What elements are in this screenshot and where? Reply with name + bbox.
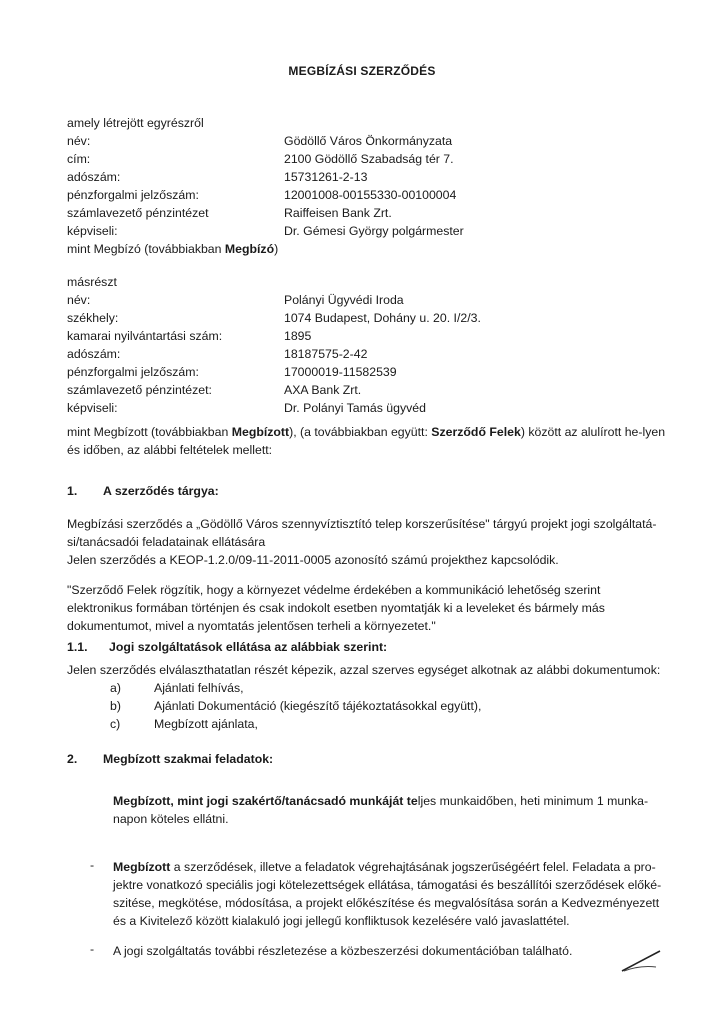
list-item: a)Ajánlati felhívás, <box>110 681 244 695</box>
role-bold: Megbízó <box>225 242 274 256</box>
section-title: Megbízott szakmai feladatok: <box>103 752 273 766</box>
party1-value: Raiffeisen Bank Zrt. <box>284 206 392 220</box>
section-number: 1.1. <box>67 640 109 654</box>
closing-bold: Megbízott <box>232 425 289 439</box>
party2-label: kamarai nyilvántartási szám: <box>67 329 222 343</box>
bullet-marker: - <box>90 942 94 956</box>
party2-label: képviseli: <box>67 401 118 415</box>
bullet-text: A jogi szolgáltatás további részletezése… <box>113 944 572 958</box>
bullet-text: a szerződések, illetve a feladatok végre… <box>113 860 661 928</box>
list-item: c)Megbízott ajánlata, <box>110 717 258 731</box>
section-1-1-heading: 1.1.Jogi szolgáltatások ellátása az aláb… <box>67 640 387 654</box>
party1-label: név: <box>67 134 90 148</box>
party2-intro: másrészt <box>67 275 117 289</box>
party1-intro: amely létrejött egyrészről <box>67 116 204 130</box>
bullet-item: A jogi szolgáltatás további részletezése… <box>113 942 673 960</box>
bullet-item: Megbízott a szerződések, illetve a felad… <box>113 858 673 930</box>
party2-value: Dr. Polányi Tamás ügyvéd <box>284 401 426 415</box>
list-marker: b) <box>110 699 154 713</box>
party1-label: pénzforgalmi jelzőszám: <box>67 188 199 202</box>
role-text: mint Megbízó (továbbiakban <box>67 242 225 256</box>
section-1-1-intro: Jelen szerződés elválaszthatatlan részét… <box>67 663 660 677</box>
party2-value: AXA Bank Zrt. <box>284 383 361 397</box>
parties-closing: mint Megbízott (továbbiakban Megbízott),… <box>67 423 667 459</box>
party1-label: számlavezető pénzintézet <box>67 206 209 220</box>
list-marker: a) <box>110 681 154 695</box>
section-1-heading: 1.A szerződés tárgya: <box>67 484 219 498</box>
party2-label: név: <box>67 293 90 307</box>
party2-value: 1074 Budapest, Dohány u. 20. I/2/3. <box>284 311 481 325</box>
section-1-paragraph: Megbízási szerződés a „Gödöllő Város sze… <box>67 515 667 551</box>
party2-label: pénzforgalmi jelzőszám: <box>67 365 199 379</box>
party1-value: 12001008-00155330-00100004 <box>284 188 456 202</box>
party2-value: 1895 <box>284 329 311 343</box>
section-1-project-ref: Jelen szerződés a KEOP-1.2.0/09-11-2011-… <box>67 551 667 569</box>
signature-initials-icon <box>620 945 670 975</box>
document-title: MEGBÍZÁSI SZERZŐDÉS <box>0 64 724 78</box>
section-number: 2. <box>67 752 103 766</box>
party2-value: Polányi Ügyvédi Iroda <box>284 293 404 307</box>
party2-label: adószám: <box>67 347 120 361</box>
party1-role: mint Megbízó (továbbiakban Megbízó) <box>67 242 278 256</box>
section-2-paragraph: Megbízott, mint jogi szakértő/tanácsadó … <box>113 792 673 828</box>
party1-label: cím: <box>67 152 90 166</box>
section-2-heading: 2.Megbízott szakmai feladatok: <box>67 752 273 766</box>
section-number: 1. <box>67 484 103 498</box>
list-text: Ajánlati felhívás, <box>154 681 244 695</box>
list-text: Megbízott ajánlata, <box>154 717 258 731</box>
role-text: ) <box>274 242 278 256</box>
party1-value: Dr. Gémesi György polgármester <box>284 224 464 238</box>
party2-label: székhely: <box>67 311 118 325</box>
party1-value: 2100 Gödöllő Szabadság tér 7. <box>284 152 454 166</box>
section-title: Jogi szolgáltatások ellátása az alábbiak… <box>109 640 387 654</box>
paragraph-bold: Megbízott, mint jogi szakértő/tanácsadó … <box>113 794 418 808</box>
section-1-quote: "Szerződő Felek rögzítik, hogy a környez… <box>67 581 667 635</box>
party1-value: Gödöllő Város Önkormányzata <box>284 134 452 148</box>
party1-value: 15731261-2-13 <box>284 170 367 184</box>
bullet-marker: - <box>90 858 94 872</box>
list-text: Ajánlati Dokumentáció (kiegészítő tájéko… <box>154 699 481 713</box>
party1-label: képviseli: <box>67 224 118 238</box>
closing-text: ), (a továbbiakban együtt: <box>289 425 431 439</box>
party2-value: 17000019-11582539 <box>284 365 397 379</box>
party1-label: adószám: <box>67 170 120 184</box>
party2-label: számlavezető pénzintézet: <box>67 383 212 397</box>
closing-bold: Szerződő Felek <box>431 425 521 439</box>
closing-text: mint Megbízott (továbbiakban <box>67 425 232 439</box>
bullet-bold: Megbízott <box>113 860 170 874</box>
section-title: A szerződés tárgya: <box>103 484 219 498</box>
list-marker: c) <box>110 717 154 731</box>
party2-value: 18187575-2-42 <box>284 347 367 361</box>
list-item: b)Ajánlati Dokumentáció (kiegészítő tájé… <box>110 699 481 713</box>
